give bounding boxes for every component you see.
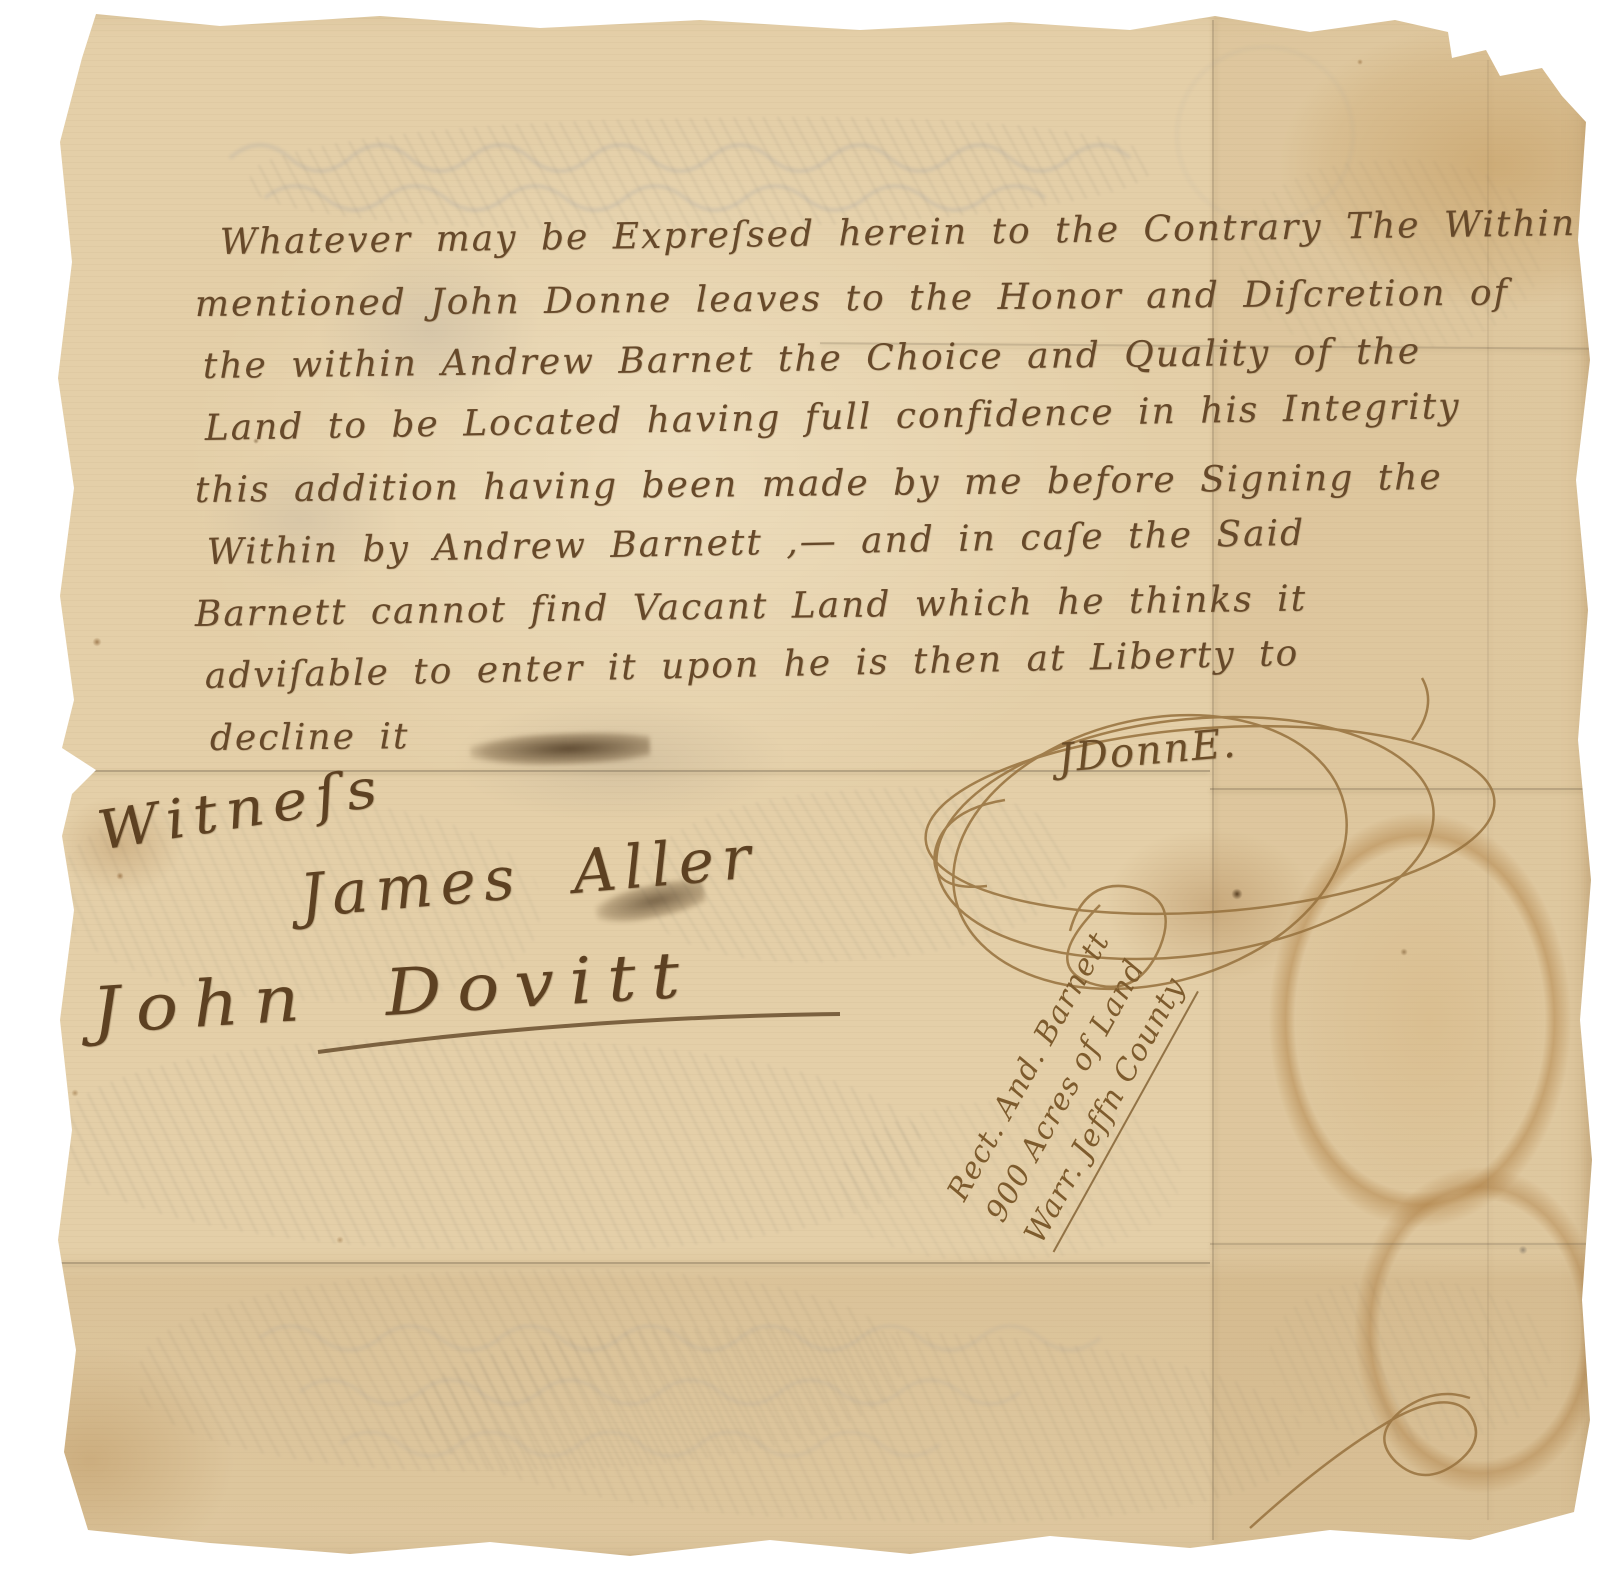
- ink-smudge-after-decline: [469, 730, 650, 768]
- fold-crease-middle-right: [1210, 788, 1595, 790]
- manuscript-paper: Whatever may be Expreſsed herein to the …: [0, 0, 1600, 1570]
- document-scan: Whatever may be Expreſsed herein to the …: [0, 0, 1600, 1570]
- manuscript-body: Whatever may be Expreſsed herein to the …: [195, 222, 1576, 780]
- ghost-writing-bottom-right: [1267, 1275, 1552, 1445]
- ghost-writing-lower-left: [58, 1033, 922, 1258]
- ghost-writing-bottom-center: [417, 1315, 1303, 1536]
- fold-crease-lower-right: [1210, 1243, 1592, 1245]
- fold-crease-lower-left: [58, 1262, 1210, 1264]
- manuscript-line-9: decline it: [210, 706, 1577, 780]
